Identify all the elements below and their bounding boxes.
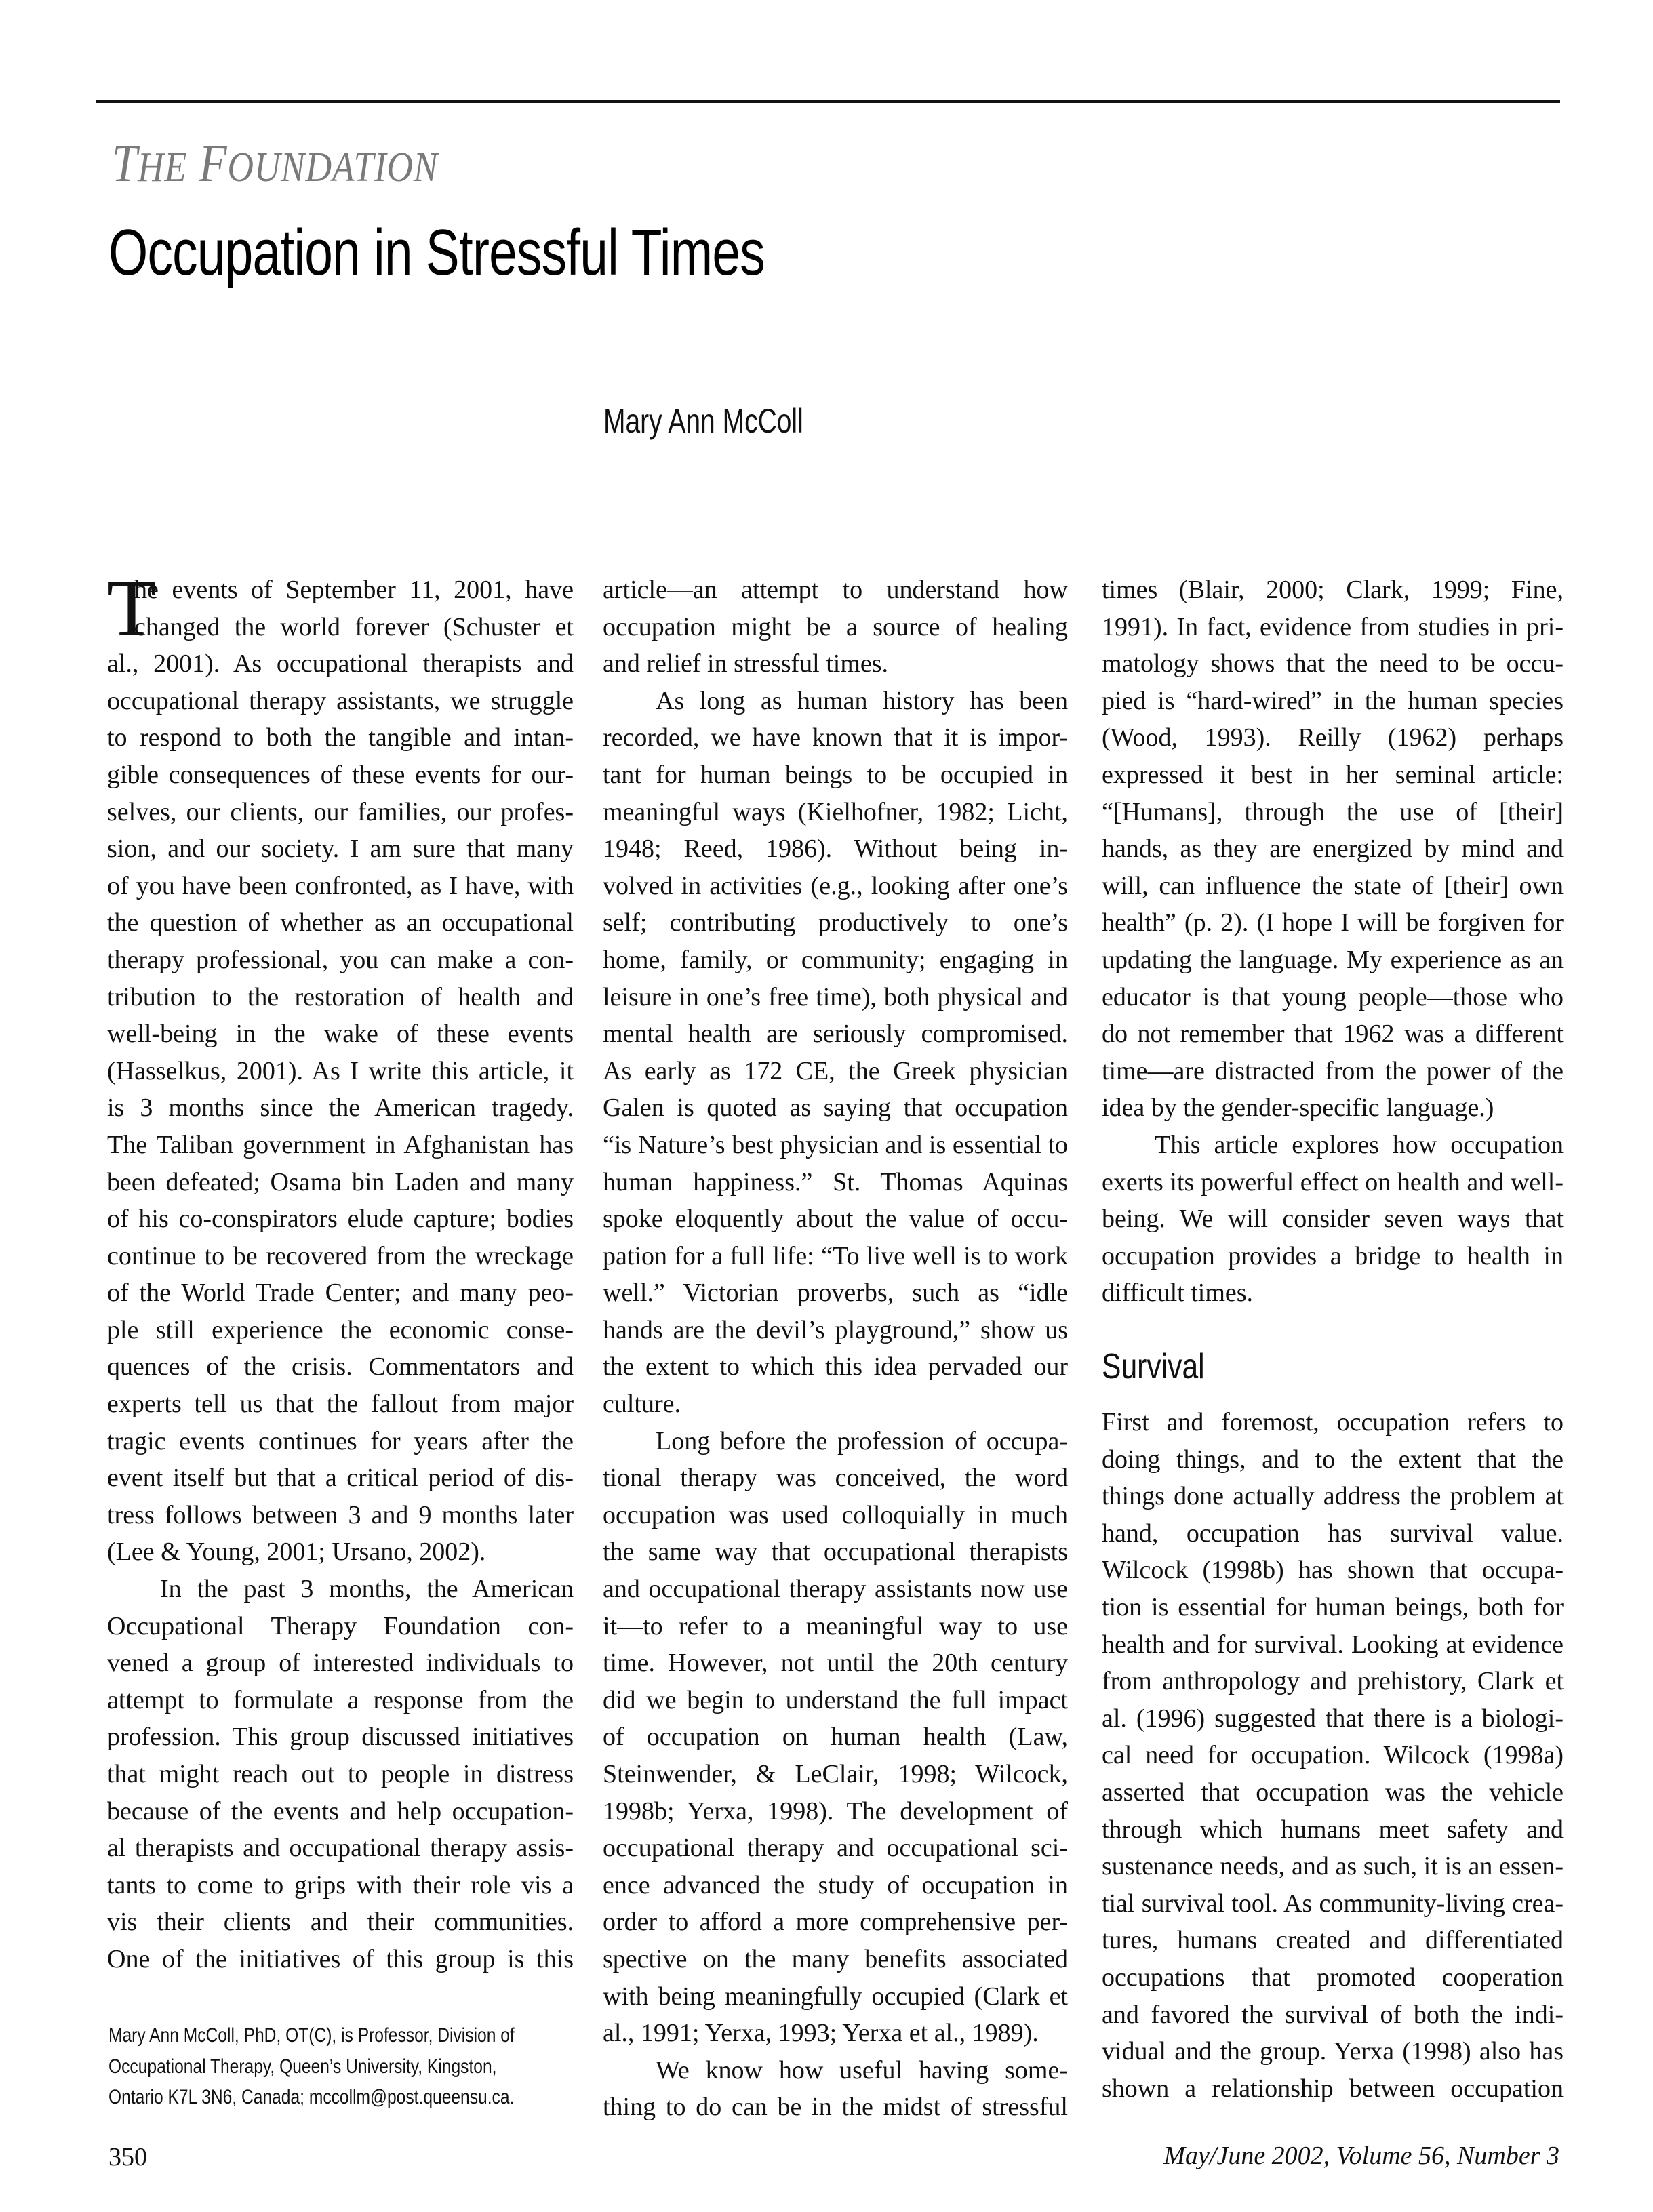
text-line: difficult times. [1102, 1274, 1564, 1312]
text-line: because of the events and help occupatio… [107, 1793, 574, 1830]
text-line: ple still experience the economic conse- [107, 1312, 574, 1349]
text-line: 1991). In fact, evidence from studies in… [1102, 609, 1564, 646]
text-line: occupational therapy and occupational sc… [603, 1830, 1068, 1867]
text-line: order to afford a more comprehensive per… [603, 1904, 1068, 1941]
text-line: This article explores how occupation [1102, 1127, 1564, 1164]
text-line: it—to refer to a meaningful way to use [603, 1608, 1068, 1645]
text-line: As early as 172 CE, the Greek physician [603, 1053, 1068, 1090]
spacer [1102, 1312, 1564, 1349]
text-line: vidual and the group. Yerxa (1998) also … [1102, 2033, 1564, 2070]
author-byline: Mary Ann McColl [603, 401, 803, 441]
text-line: First and foremost, occupation refers to [1102, 1404, 1564, 1441]
text-line: thing to do can be in the midst of stres… [603, 2089, 1068, 2126]
text-line: pation for a full life: “To live well is… [603, 1238, 1068, 1275]
text-line: through which humans meet safety and [1102, 1811, 1564, 1849]
text-line: selves, our clients, our families, our p… [107, 794, 574, 831]
text-line: shown a relationship between occupation [1102, 2070, 1564, 2108]
page-number: 350 [108, 2142, 147, 2172]
text-line: been defeated; Osama bin Laden and many [107, 1164, 574, 1201]
text-line: occupation was used colloquially in much [603, 1497, 1068, 1534]
text-line: tional therapy was conceived, the word [603, 1460, 1068, 1497]
text-line: culture. [603, 1386, 1068, 1423]
text-line: and favored the survival of both the ind… [1102, 1996, 1564, 2034]
text-line: is 3 months since the American tragedy. [107, 1089, 574, 1127]
text-line: sustenance needs, and as such, it is an … [1102, 1848, 1564, 1885]
text-line: of his co-conspirators elude capture; bo… [107, 1201, 574, 1238]
text-line: Steinwender, & LeClair, 1998; Wilcock, [603, 1756, 1068, 1793]
text-line: the question of whether as an occupation… [107, 904, 574, 942]
text-line: The Taliban government in Afghanistan ha… [107, 1127, 574, 1164]
text-line: mental health are seriously compromised. [603, 1015, 1068, 1053]
section-heading-survival: Survival [1102, 1348, 1480, 1386]
text-line: ence advanced the study of occupation in [603, 1867, 1068, 1904]
footnote-line: Occupational Therapy, Queen’s University… [108, 2051, 515, 2083]
text-line: educator is that young people—those who [1102, 979, 1564, 1016]
text-line: idea by the gender-specific language.) [1102, 1089, 1564, 1127]
section-label-sc-2: OUNDATION [227, 144, 438, 190]
text-line: Long before the profession of occupa- [603, 1423, 1068, 1460]
text-line: self; contributing productively to one’s [603, 904, 1068, 942]
text-line: he events of September 11, 2001, have [107, 571, 574, 609]
text-line: well.” Victorian proverbs, such as “idle [603, 1274, 1068, 1312]
text-line: occupational therapy assistants, we stru… [107, 683, 574, 720]
text-line: home, family, or community; engaging in [603, 942, 1068, 979]
text-line: article—an attempt to understand how [603, 571, 1068, 609]
text-line: tress follows between 3 and 9 months lat… [107, 1497, 574, 1534]
text-line: Occupational Therapy Foundation con- [107, 1608, 574, 1645]
text-line: vened a group of interested individuals … [107, 1645, 574, 1682]
text-line: cal need for occupation. Wilcock (1998a) [1102, 1737, 1564, 1774]
text-line: tial survival tool. As community-living … [1102, 1885, 1564, 1923]
text-line: gible consequences of these events for o… [107, 757, 574, 794]
text-line: spective on the many benefits associated [603, 1941, 1068, 1978]
text-line: human happiness.” St. Thomas Aquinas [603, 1164, 1068, 1201]
text-line: updating the language. My experience as … [1102, 942, 1564, 979]
text-line: attempt to formulate a response from the [107, 1682, 574, 1719]
text-line: from anthropology and prehistory, Clark … [1102, 1663, 1564, 1700]
footnote-line: Mary Ann McColl, PhD, OT(C), is Professo… [108, 2020, 515, 2051]
text-line: do not remember that 1962 was a differen… [1102, 1015, 1564, 1053]
section-label-sc-1: HE [138, 144, 187, 190]
text-line: (Lee & Young, 2001; Ursano, 2002). [107, 1533, 574, 1571]
text-line: tragic events continues for years after … [107, 1423, 574, 1460]
text-line: health” (p. 2). (I hope I will be forgiv… [1102, 904, 1564, 942]
text-line: pied is “hard-wired” in the human specie… [1102, 683, 1564, 720]
text-line: tant for human beings to be occupied in [603, 757, 1068, 794]
text-line: As long as human history has been [603, 683, 1068, 720]
section-label-cap-2: F [199, 134, 228, 193]
text-line: well-being in the wake of these events [107, 1015, 574, 1053]
text-line: exerts its powerful effect on health and… [1102, 1164, 1564, 1201]
text-line: occupation might be a source of healing [603, 609, 1068, 646]
drop-cap: T [107, 577, 156, 639]
text-line: experts tell us that the fallout from ma… [107, 1386, 574, 1423]
text-line: volved in activities (e.g., looking afte… [603, 868, 1068, 905]
text-line: recorded, we have known that it is impor… [603, 719, 1068, 757]
text-line: hands, as they are energized by mind and [1102, 830, 1564, 868]
text-line: profession. This group discussed initiat… [107, 1718, 574, 1756]
author-affiliation-footnote: Mary Ann McColl, PhD, OT(C), is Professo… [108, 2020, 515, 2113]
body-column-2: article—an attempt to understand how occ… [603, 571, 1068, 2126]
section-label-cap-1: T [112, 134, 138, 193]
article-title: Occupation in Stressful Times [108, 216, 765, 290]
text-line: the extent to which this idea pervaded o… [603, 1348, 1068, 1386]
text-line: “is Nature’s best physician and is essen… [603, 1127, 1068, 1164]
text-line: al. (1996) suggested that there is a bio… [1102, 1700, 1564, 1737]
text-line: did we begin to understand the full impa… [603, 1682, 1068, 1719]
text-line: of occupation on human health (Law, [603, 1718, 1068, 1756]
text-line: tribution to the restoration of health a… [107, 979, 574, 1016]
text-line: will, can influence the state of [their]… [1102, 868, 1564, 905]
text-line: things done actually address the problem… [1102, 1478, 1564, 1515]
text-line: expressed it best in her seminal article… [1102, 757, 1564, 794]
text-line: tion is essential for human beings, both… [1102, 1589, 1564, 1626]
footnote-line: Ontario K7L 3N6, Canada; mccollm@post.qu… [108, 2082, 515, 2113]
text-line: In the past 3 months, the American [107, 1571, 574, 1608]
text-line: “[Humans], through the use of [their] [1102, 794, 1564, 831]
text-line: meaningful ways (Kielhofner, 1982; Licht… [603, 794, 1068, 831]
text-line: Wilcock (1998b) has shown that occupa- [1102, 1552, 1564, 1589]
text-line: (Wood, 1993). Reilly (1962) perhaps [1102, 719, 1564, 757]
text-line: 1998b; Yerxa, 1998). The development of [603, 1793, 1068, 1830]
text-line: changed the world forever (Schuster et [107, 609, 574, 646]
text-line: that might reach out to people in distre… [107, 1756, 574, 1793]
text-line: al., 2001). As occupational therapists a… [107, 645, 574, 683]
text-line: and relief in stressful times. [603, 645, 1068, 683]
text-line: One of the initiatives of this group is … [107, 1941, 574, 1978]
text-line: We know how useful having some- [603, 2052, 1068, 2089]
text-line: time. However, not until the 20th centur… [603, 1645, 1068, 1682]
journal-issue: May/June 2002, Volume 56, Number 3 [1163, 2141, 1559, 2171]
text-line: hands are the devil’s playground,” show … [603, 1312, 1068, 1349]
text-line: with being meaningfully occupied (Clark … [603, 1978, 1068, 2015]
text-line: quences of the crisis. Commentators and [107, 1348, 574, 1386]
text-line: the same way that occupational therapist… [603, 1533, 1068, 1571]
text-line: tures, humans created and differentiated [1102, 1922, 1564, 1959]
text-line: of the World Trade Center; and many peo- [107, 1274, 574, 1312]
text-line: spoke eloquently about the value of occu… [603, 1201, 1068, 1238]
text-line: times (Blair, 2000; Clark, 1999; Fine, [1102, 571, 1564, 609]
text-line: being. We will consider seven ways that [1102, 1201, 1564, 1238]
text-line: event itself but that a critical period … [107, 1460, 574, 1497]
text-line: of you have been confronted, as I have, … [107, 868, 574, 905]
text-line: vis their clients and their communities. [107, 1904, 574, 1941]
spacer [1102, 1386, 1564, 1404]
text-line: occupations that promoted cooperation [1102, 1959, 1564, 1996]
text-line: Galen is quoted as saying that occupatio… [603, 1089, 1068, 1127]
text-line: continue to be recovered from the wrecka… [107, 1238, 574, 1275]
section-label: THE FOUNDATION [112, 133, 438, 194]
text-line: 1948; Reed, 1986). Without being in- [603, 830, 1068, 868]
text-line: hand, occupation has survival value. [1102, 1515, 1564, 1552]
text-line: leisure in one’s free time), both physic… [603, 979, 1068, 1016]
text-line: to respond to both the tangible and inta… [107, 719, 574, 757]
first-paragraph-opening: T he events of September 11, 2001, have … [107, 571, 574, 645]
text-line: tants to come to grips with their role v… [107, 1867, 574, 1904]
text-line: occupation provides a bridge to health i… [1102, 1238, 1564, 1275]
text-line: and occupational therapy assistants now … [603, 1571, 1068, 1608]
text-line: time—are distracted from the power of th… [1102, 1053, 1564, 1090]
text-line: asserted that occupation was the vehicle [1102, 1774, 1564, 1811]
body-column-1: T he events of September 11, 2001, have … [107, 571, 574, 1978]
header-rule [96, 100, 1560, 103]
text-line: therapy professional, you can make a con… [107, 942, 574, 979]
text-line: (Hasselkus, 2001). As I write this artic… [107, 1053, 574, 1090]
text-line: matology shows that the need to be occu- [1102, 645, 1564, 683]
text-line: al therapists and occupational therapy a… [107, 1830, 574, 1867]
text-line: doing things, and to the extent that the [1102, 1441, 1564, 1479]
text-line: sion, and our society. I am sure that ma… [107, 830, 574, 868]
text-line: al., 1991; Yerxa, 1993; Yerxa et al., 19… [603, 2015, 1068, 2052]
body-column-3: times (Blair, 2000; Clark, 1999; Fine, 1… [1102, 571, 1564, 2107]
text-line: health and for survival. Looking at evid… [1102, 1626, 1564, 1664]
